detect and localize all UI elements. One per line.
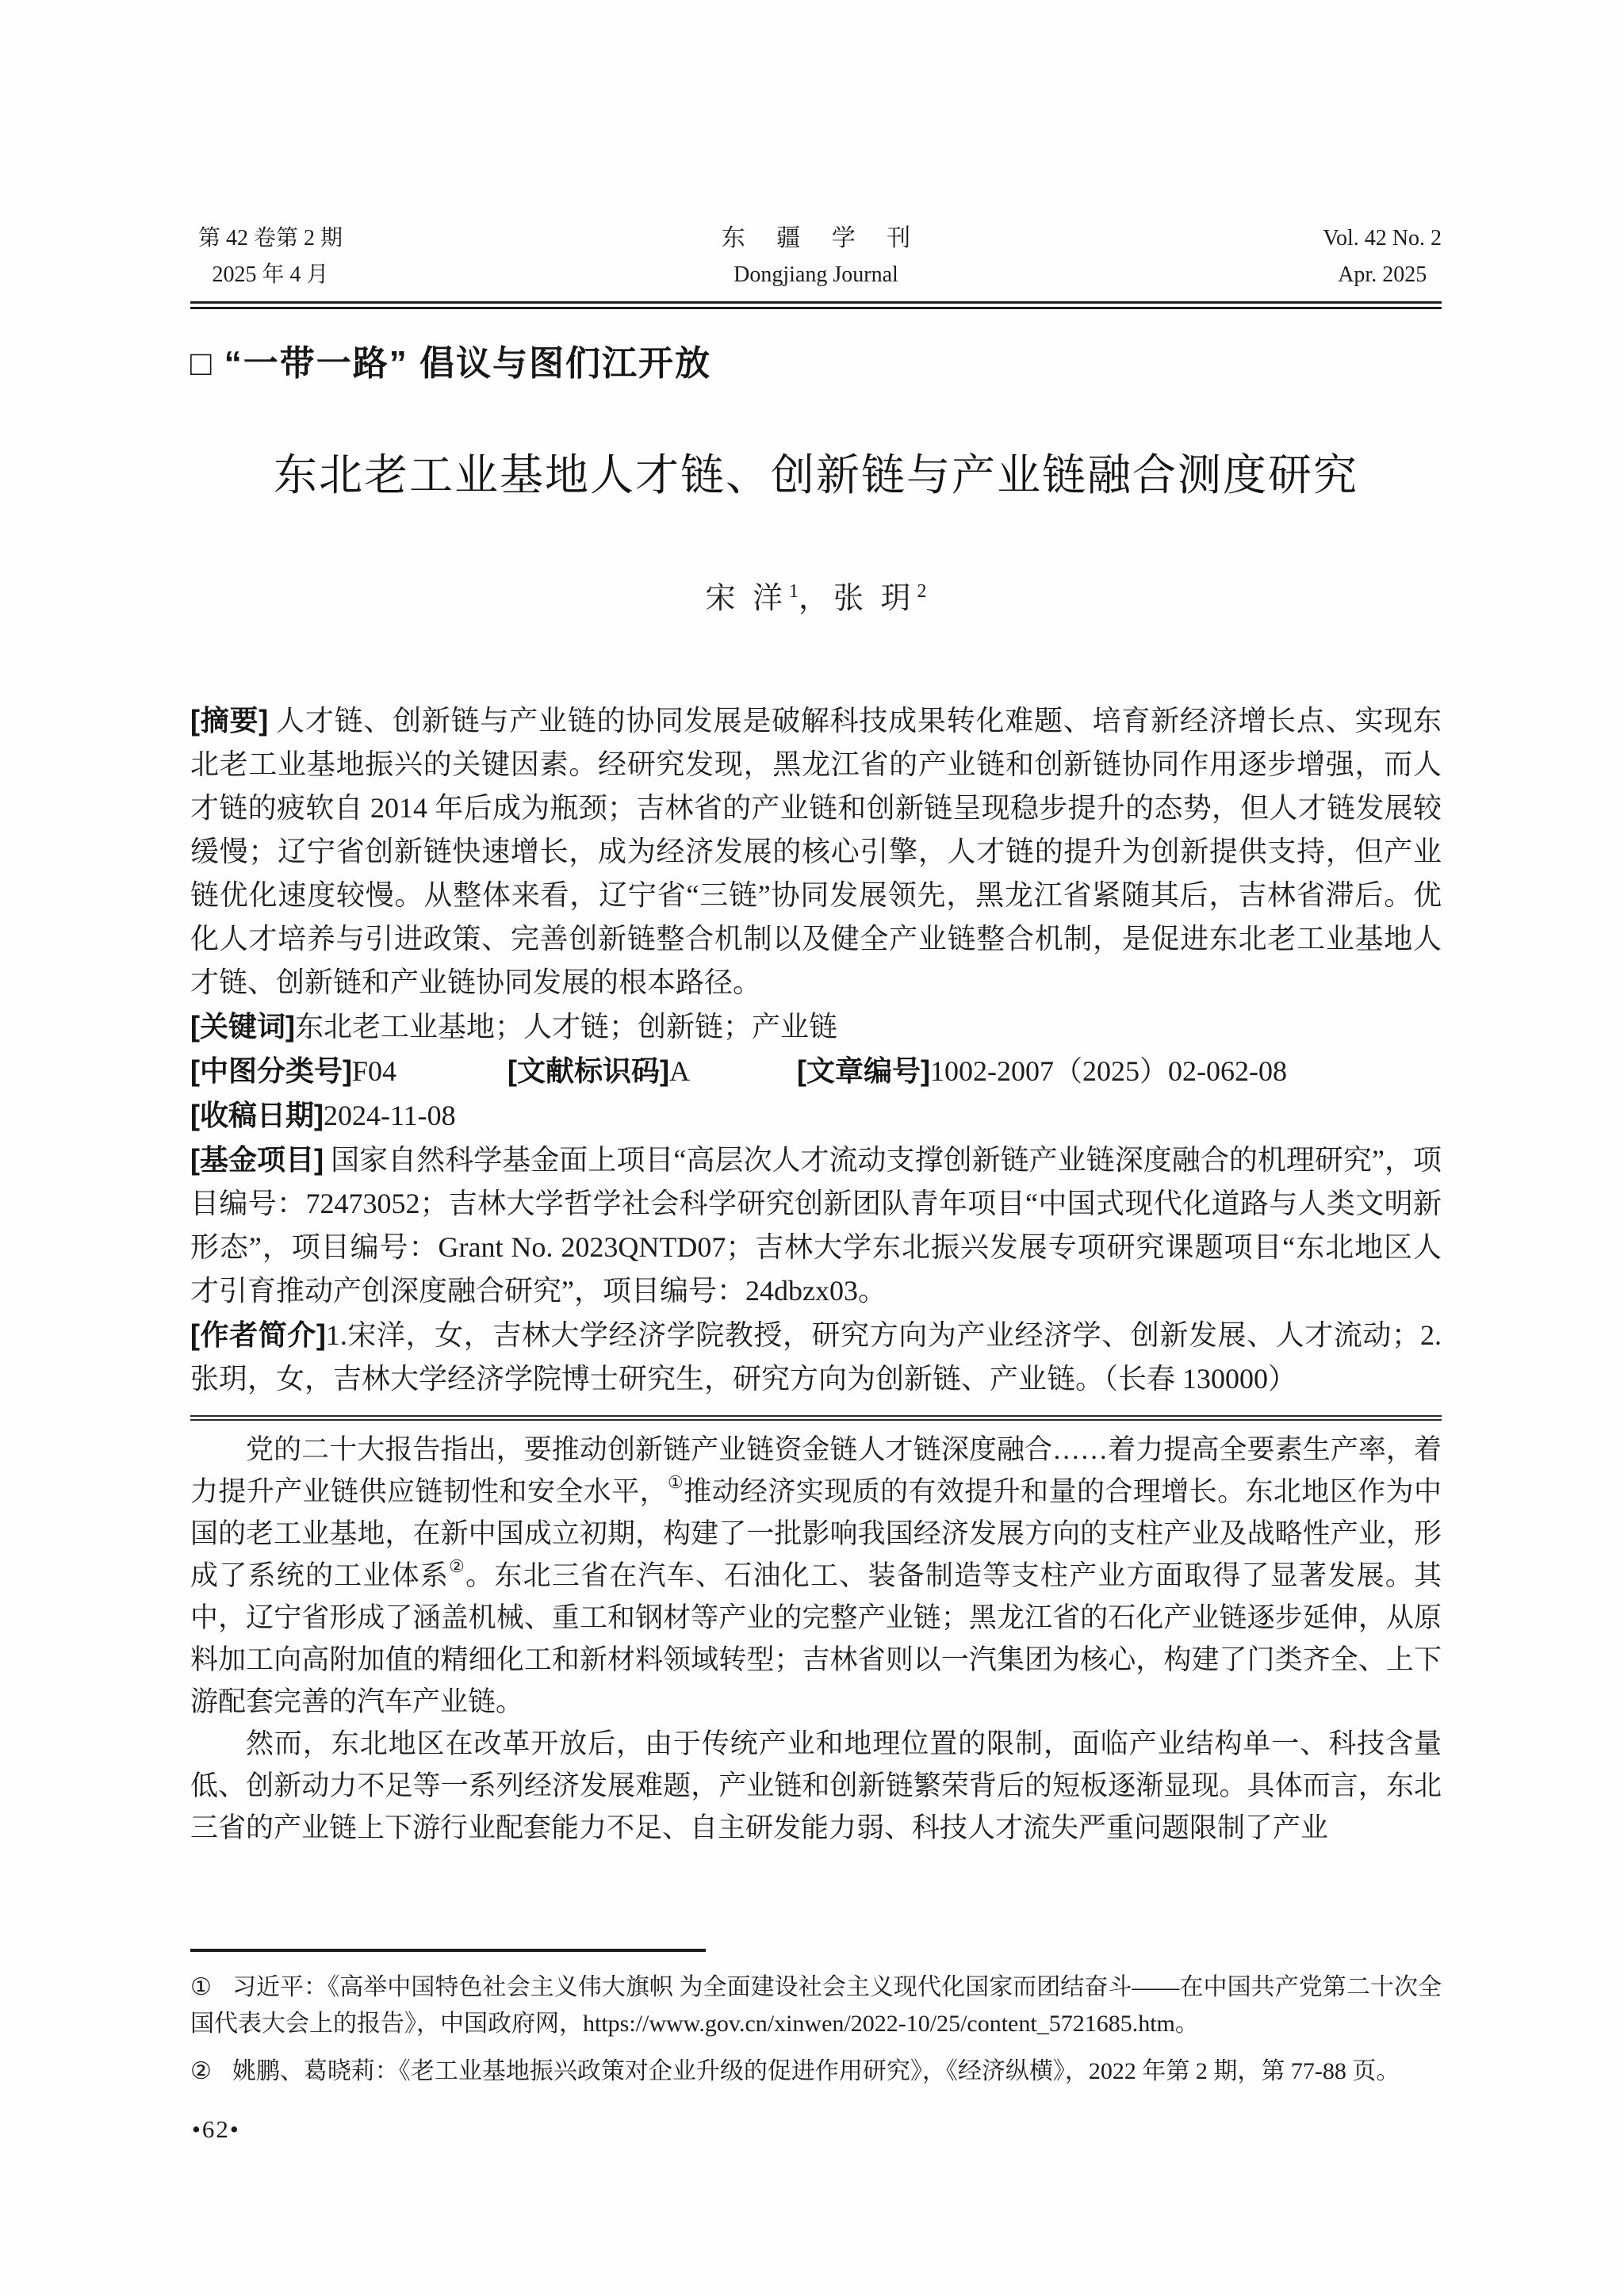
header-double-rule [190,301,1442,309]
footnote-2: ②姚鹏、葛晓莉：《老工业基地振兴政策对企业升级的促进作用研究》，《经济纵横》，2… [190,2053,1442,2090]
page-content: 第 42 卷第 2 期 2025 年 4 月 东 疆 学 刊 Dongjiang… [190,0,1442,1849]
article-body: 党的二十大报告指出，要推动创新链产业链资金链人才链深度融合……着力提高全要素生产… [190,1429,1442,1849]
abstract: [摘要] 人才链、创新链与产业链的协同发展是破解科技成果转化难题、培育新经济增长… [190,698,1442,1004]
doc-code-group: [文献标识码]A [507,1049,690,1093]
doc-code-value: A [669,1055,690,1087]
footnote-1: ①习近平：《高举中国特色社会主义伟大旗帜 为全面建设社会主义现代化国家而团结奋斗… [190,1969,1442,2042]
footnote-zone: ①习近平：《高举中国特色社会主义伟大旗帜 为全面建设社会主义现代化国家而团结奋斗… [190,1949,1442,2101]
journal-header: 第 42 卷第 2 期 2025 年 4 月 东 疆 学 刊 Dongjiang… [190,220,1442,293]
author-bio-text: 1.宋洋，女，吉林大学经济学院教授，研究方向为产业经济学、创新发展、人才流动；2… [190,1319,1442,1395]
journal-name-en: Dongjiang Journal [722,257,911,293]
issue-volume-en: Vol. 42 No. 2 [1323,220,1442,257]
author-1-name: 宋 洋 [705,582,787,615]
doc-code-label: [文献标识码] [507,1054,669,1087]
meta-body-divider [190,1415,1442,1421]
footnote-1-marker: ① [190,1974,212,2000]
page-number: •62• [192,2115,240,2144]
footnote-separator [190,1949,706,1952]
footnote-ref-2: ② [449,1556,465,1576]
author-bio: [作者简介]1.宋洋，女，吉林大学经济学院教授，研究方向为产业经济学、创新发展、… [190,1313,1442,1401]
author-2-name: 张 玥 [833,582,916,615]
journal-issue-info: 第 42 卷第 2 期 2025 年 4 月 [198,220,343,293]
keywords-text: 东北老工业基地；人才链；创新链；产业链 [295,1011,837,1043]
authors-line: 宋 洋1，张 玥2 [190,571,1442,619]
abstract-text: 人才链、创新链与产业链的协同发展是破解科技成果转化难题、培育新经济增长点、实现东… [190,705,1442,998]
footnote-ref-1: ① [668,1472,684,1492]
author-1-superscript: 1 [789,581,799,602]
keywords-label: [关键词] [190,1010,295,1043]
received-date-label: [收稿日期] [190,1099,324,1131]
journal-name-cn: 东 疆 学 刊 [722,220,924,257]
article-id-label: [文章编号] [797,1054,930,1087]
article-title: 东北老工业基地人才链、创新链与产业链融合测度研究 [190,447,1442,504]
fund-project-text: 国家自然科学基金面上项目“高层次人才流动支撑创新链产业链深度融合的机理研究”，项… [190,1144,1442,1307]
journal-page: 第 42 卷第 2 期 2025 年 4 月 东 疆 学 刊 Dongjiang… [0,0,1624,2296]
issue-date-en: Apr. 2025 [1323,257,1442,293]
article-id-group: [文章编号]1002-2007（2025）02-062-08 [797,1049,1287,1093]
fund-project: [基金项目] 国家自然科学基金面上项目“高层次人才流动支撑创新链产业链深度融合的… [190,1138,1442,1313]
issue-volume-cn: 第 42 卷第 2 期 [198,220,343,257]
author-bio-label: [作者简介] [190,1318,326,1351]
received-date: [收稿日期]2024-11-08 [190,1093,1442,1138]
clc-label: [中图分类号] [190,1054,352,1087]
footnote-2-marker: ② [190,2058,212,2084]
column-heading: □ “一带一路” 倡议与图们江开放 [190,341,1442,387]
footnote-2-text: 姚鹏、葛晓莉：《老工业基地振兴政策对企业升级的促进作用研究》，《经济纵横》，20… [232,2058,1400,2084]
body-paragraph-1: 党的二十大报告指出，要推动创新链产业链资金链人才链深度融合……着力提高全要素生产… [190,1429,1442,1723]
author-2-superscript: 2 [917,581,927,602]
footnote-1-text: 习近平：《高举中国特色社会主义伟大旗帜 为全面建设社会主义现代化国家而团结奋斗—… [190,1974,1442,2037]
authors-separator: ， [799,582,833,615]
clc-value: F04 [352,1055,396,1087]
abstract-label: [摘要] [190,704,268,737]
journal-issue-info-en: Vol. 42 No. 2 Apr. 2025 [1323,220,1442,293]
body-paragraph-2: 然而，东北地区在改革开放后，由于传统产业和地理位置的限制，面临产业结构单一、科技… [190,1723,1442,1849]
issue-date-cn: 2025 年 4 月 [198,257,343,293]
fund-project-label: [基金项目] [190,1143,324,1176]
article-meta: [摘要] 人才链、创新链与产业链的协同发展是破解科技成果转化难题、培育新经济增长… [190,698,1442,1401]
keywords: [关键词]东北老工业基地；人才链；创新链；产业链 [190,1004,1442,1049]
classification-row: [中图分类号]F04 [文献标识码]A [文章编号]1002-2007（2025… [190,1049,1442,1093]
article-id-value: 1002-2007（2025）02-062-08 [930,1055,1287,1087]
clc-group: [中图分类号]F04 [190,1049,396,1093]
received-date-value: 2024-11-08 [324,1100,456,1131]
journal-name: 东 疆 学 刊 Dongjiang Journal [722,220,911,293]
